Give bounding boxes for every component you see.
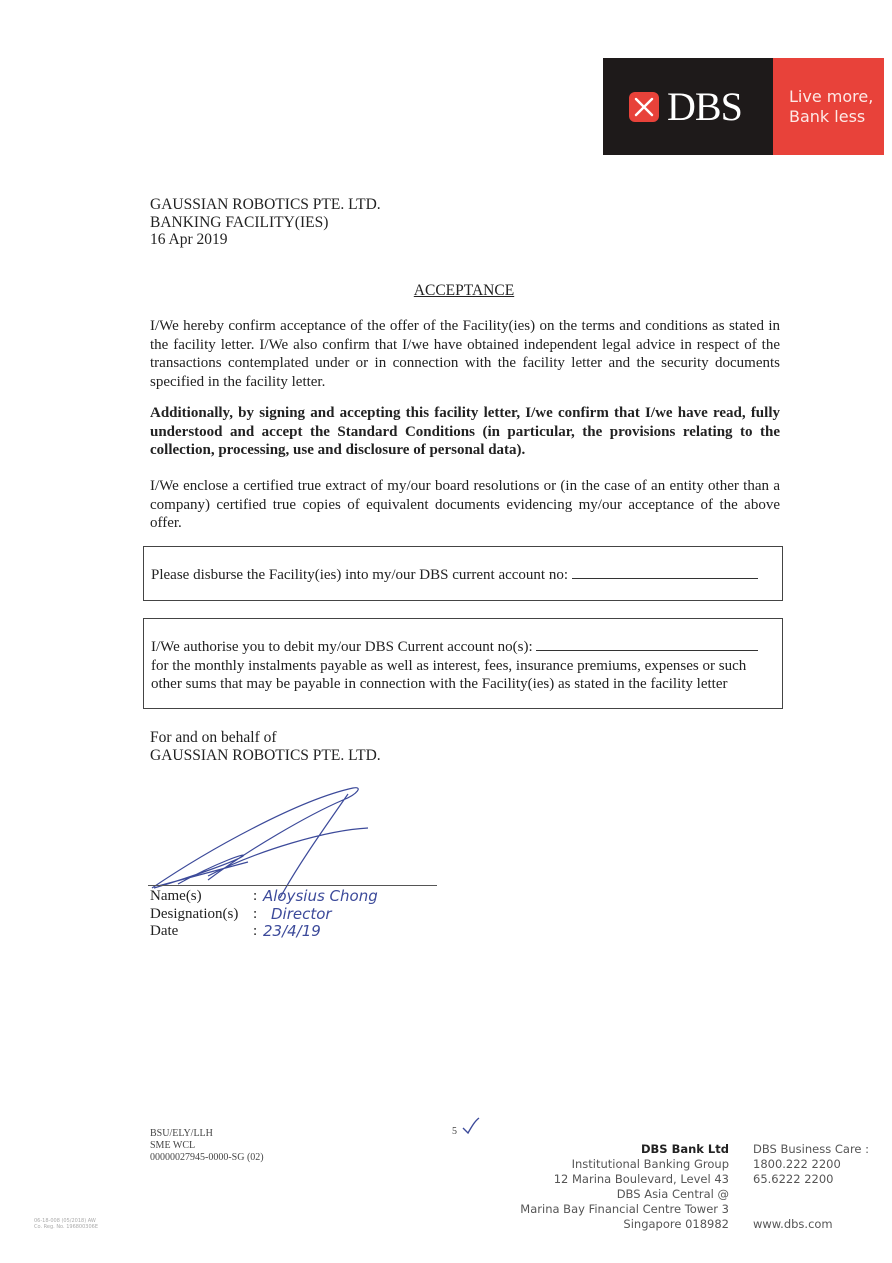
letter-header: GAUSSIAN ROBOTICS PTE. LTD. BANKING FACI… [150,196,381,249]
tagline: Live more, Bank less [789,87,873,127]
disburse-label: Please disburse the Facility(ies) into m… [151,567,568,583]
disburse-account-field[interactable] [572,566,758,579]
debit-text: I/We authorise you to debit my/our DBS C… [151,638,775,694]
field-name: Name(s) : Aloysius Chong [150,888,378,906]
designation-label: Designation(s) [150,906,253,924]
debit-authorisation-box: I/We authorise you to debit my/our DBS C… [143,618,783,709]
field-designation: Designation(s) : Director [150,906,378,924]
address-line-4: Marina Bay Financial Centre Tower 3 [520,1202,729,1217]
company-name: GAUSSIAN ROBOTICS PTE. LTD. [150,196,381,214]
on-behalf-company: GAUSSIAN ROBOTICS PTE. LTD. [150,747,381,765]
paragraph-board-resolutions: I/We enclose a certified true extract of… [150,477,780,533]
debit-line-2: for the monthly instalments payable as w… [151,657,775,676]
address-line-1: Institutional Banking Group [520,1157,729,1172]
tagline-line-2: Bank less [789,107,873,127]
section-title: ACCEPTANCE [0,282,892,300]
address-line-2: 12 Marina Boulevard, Level 43 [520,1172,729,1187]
field-date: Date : 23/4/19 [150,923,378,941]
business-care-label: DBS Business Care : [753,1142,869,1157]
banner-tagline-panel: Live more, Bank less [773,58,884,155]
ref-code-2: SME WCL [150,1140,264,1152]
debit-account-field[interactable] [536,638,758,651]
signature-line [148,885,437,886]
ref-code-3: 00000027945-0000-SG (02) [150,1152,264,1164]
debit-line-3: other sums that may be payable in connec… [151,675,775,694]
name-colon: : [253,888,263,906]
designation-colon: : [253,906,263,924]
handwritten-tick-icon [460,1116,482,1136]
banner-logo-panel: DBS [603,58,773,155]
disburse-account-box: Please disburse the Facility(ies) into m… [143,546,783,601]
debit-label: I/We authorise you to debit my/our DBS C… [151,639,533,655]
letter-subject: BANKING FACILITY(IES) [150,214,381,232]
care-phone-2: 65.6222 2200 [753,1172,869,1187]
designation-value[interactable]: Director [271,906,332,924]
date-value[interactable]: 23/4/19 [263,923,321,941]
address-line-5: Singapore 018982 [520,1217,729,1232]
paragraph-standard-conditions: Additionally, by signing and accepting t… [150,404,780,460]
bank-address: DBS Bank Ltd Institutional Banking Group… [520,1142,729,1232]
bank-name: DBS Bank Ltd [520,1142,729,1157]
date-colon: : [253,923,263,941]
date-label: Date [150,923,253,941]
paragraph-confirmation: I/We hereby confirm acceptance of the of… [150,317,780,391]
website-link[interactable]: www.dbs.com [753,1217,833,1231]
tagline-line-1: Live more, [789,87,873,107]
reference-codes: BSU/ELY/LLH SME WCL 00000027945-0000-SG … [150,1128,264,1164]
ref-code-1: BSU/ELY/LLH [150,1128,264,1140]
address-line-3: DBS Asia Central @ [520,1187,729,1202]
letter-date: 16 Apr 2019 [150,231,381,249]
disburse-row: Please disburse the Facility(ies) into m… [151,566,775,585]
on-behalf-block: For and on behalf of GAUSSIAN ROBOTICS P… [150,729,381,765]
on-behalf-label: For and on behalf of [150,729,381,747]
signatory-fields: Name(s) : Aloysius Chong Designation(s) … [150,888,378,941]
form-fine-print: 06-18-008 (05/2018) AW Co. Reg. No. 1968… [34,1218,98,1230]
name-value[interactable]: Aloysius Chong [263,888,378,906]
name-label: Name(s) [150,888,253,906]
dbs-star-logo-icon [627,90,661,124]
acceptance-heading: ACCEPTANCE [414,282,514,299]
business-care: DBS Business Care : 1800.222 2200 65.622… [753,1142,869,1187]
page-number: 5 [452,1126,457,1137]
dbs-logo-text: DBS [667,87,742,127]
company-reg-no: Co. Reg. No. 196800306E [34,1224,98,1230]
care-phone-1: 1800.222 2200 [753,1157,869,1172]
dbs-banner: DBS Live more, Bank less [603,58,884,155]
